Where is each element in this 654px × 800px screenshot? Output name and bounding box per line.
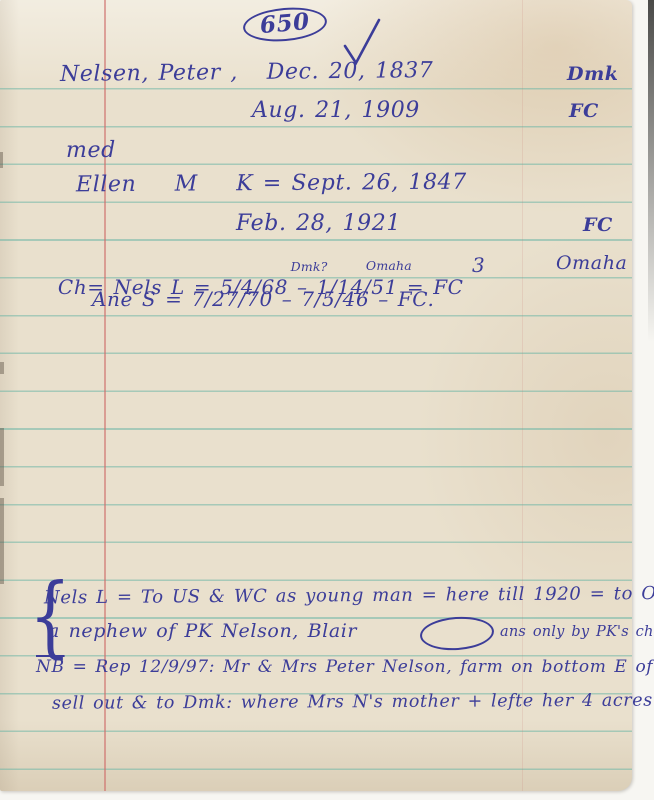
gutter-mark xyxy=(0,428,4,486)
note-line3-nb: NB xyxy=(36,657,65,677)
gutter-mark xyxy=(0,498,4,584)
birthplace-label: Dmk xyxy=(567,64,619,85)
married-word: med xyxy=(66,139,116,163)
death-place-label: FC xyxy=(569,101,599,122)
child1-place: Omaha xyxy=(556,253,628,274)
spouse-death-place-label: FC xyxy=(583,215,613,236)
child1-count: 3 xyxy=(472,254,485,276)
scan-edge-shadow xyxy=(648,0,654,360)
child1-superscript-deathplace: Omaha xyxy=(366,259,412,273)
note-line4: sell out & to Dmk: where Mrs N's mother … xyxy=(52,691,654,714)
child2-line: Ane S = 7/27/70 – 7/5/46 – FC. xyxy=(92,288,434,310)
spouse-death-line: Feb. 28, 1921 xyxy=(236,212,401,236)
note-line2: a nephew of PK Nelson, Blair xyxy=(48,621,357,642)
name-birth-line: Nelsen, Peter , Dec. 20, 1837 xyxy=(60,59,434,87)
note-line3: NB = Rep 12/9/97: Mr & Mrs Peter Nelson,… xyxy=(36,658,654,677)
note-line1: Nels L = To US & WC as young man = here … xyxy=(44,584,654,608)
note-line3-text: = Rep 12/9/97: Mr & Mrs Peter Nelson, fa… xyxy=(65,657,654,677)
death-date-line: Aug. 21, 1909 xyxy=(252,99,420,123)
spouse-line: Ellen M K = Sept. 26, 1847 xyxy=(76,171,467,198)
note-line2-right: ans only by PK's chldrn xyxy=(500,625,654,641)
child1-superscript-birthplace: Dmk? xyxy=(291,260,328,274)
scanned-notebook-screenshot: { "page": { "number": "650" }, "ink_colo… xyxy=(0,0,654,800)
gutter-mark xyxy=(0,152,3,168)
gutter-mark xyxy=(0,362,4,374)
